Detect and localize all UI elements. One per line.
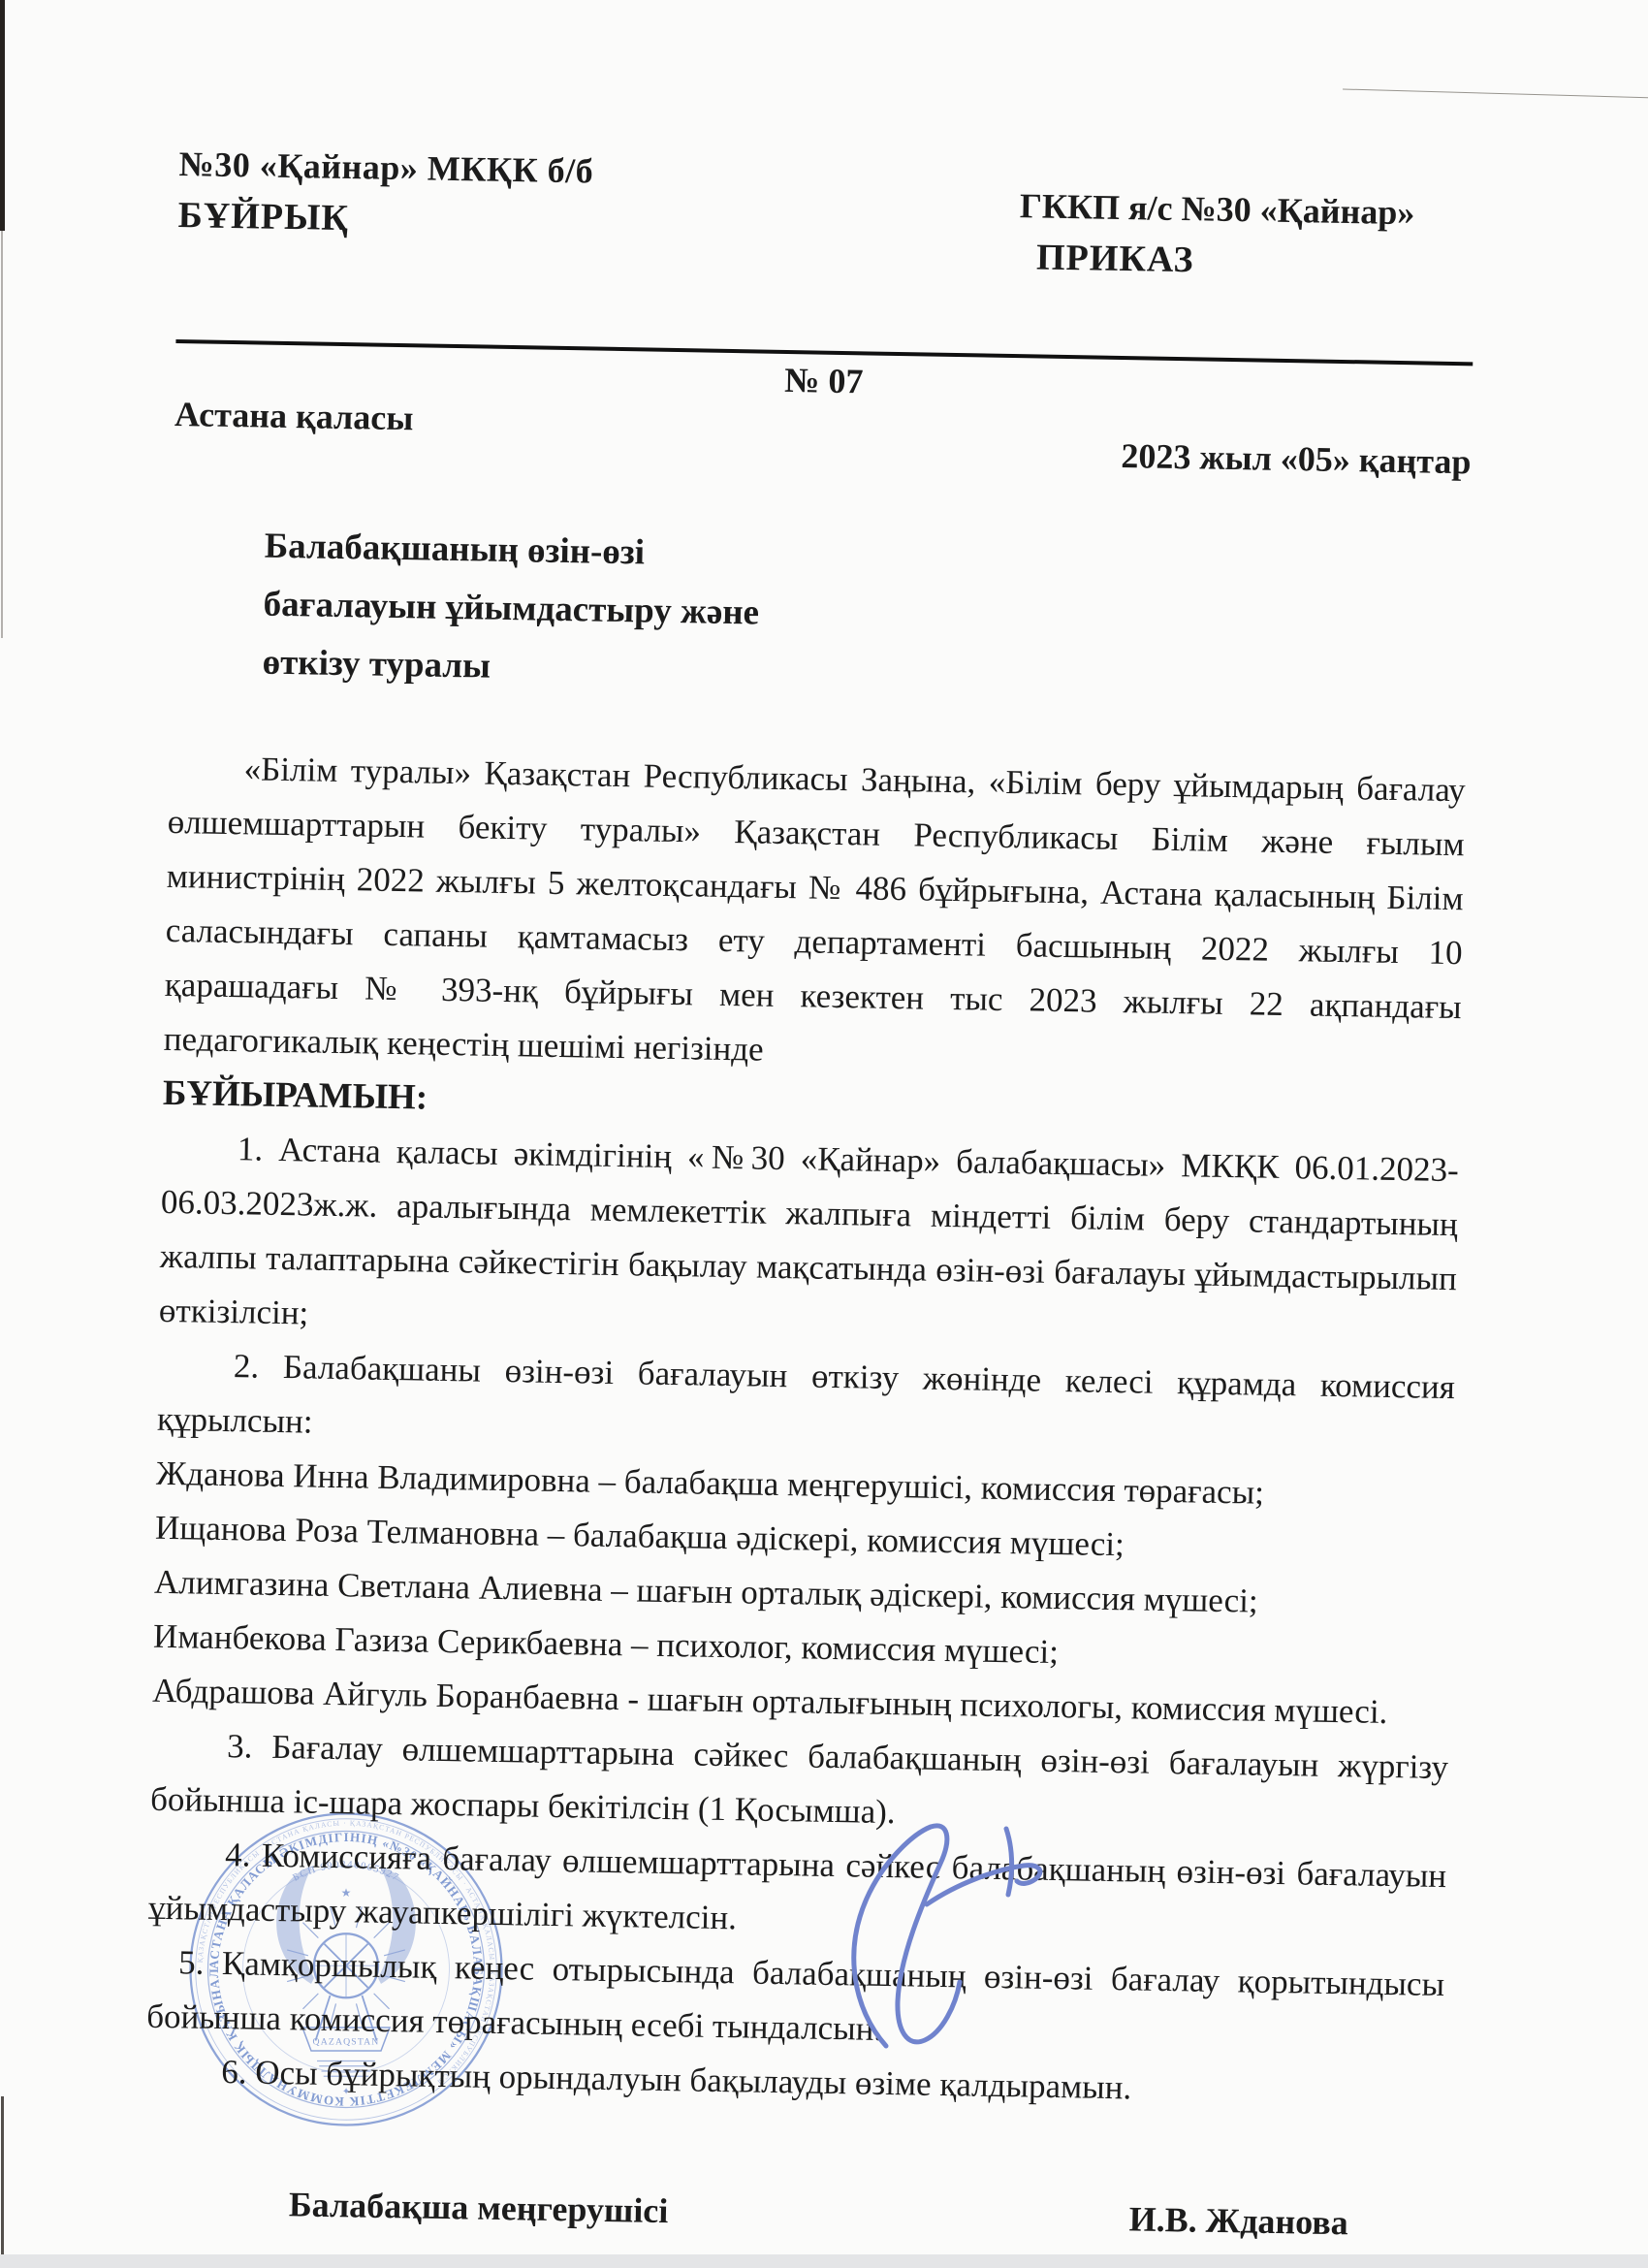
subject-line: өткізу туралы bbox=[262, 634, 883, 703]
scan-edge-artifact-left-top bbox=[0, 0, 5, 231]
letterhead-right: ГККП я/с №30 «Қайнар» ПРИКАЗ bbox=[1019, 158, 1476, 286]
signature-row: Балабақша меңгерушісі И.В. Жданова bbox=[143, 2182, 1442, 2245]
document-body: №30 «Қайнар» МКҚК б/б БҰЙРЫҚ ГККП я/с №3… bbox=[143, 144, 1476, 2245]
order-item-1: 1. Астана қаласы әкімдігінің «№30 «Қайна… bbox=[158, 1121, 1459, 1360]
doc-type-ru: ПРИКАЗ bbox=[1019, 236, 1475, 286]
city-label: Астана қаласы bbox=[174, 394, 413, 463]
scanned-order-page: { "colors":{"ink":"#1c1c1c","stamp_blue"… bbox=[0, 0, 1648, 2268]
scan-edge-artifact-bottom bbox=[0, 2254, 1648, 2268]
subject-line: бағалауын ұйымдастыру және bbox=[263, 576, 884, 645]
signature-ink bbox=[816, 1815, 1088, 2067]
letterhead: №30 «Қайнар» МКҚК б/б БҰЙРЫҚ ГККП я/с №3… bbox=[177, 144, 1476, 286]
subject-title: Балабақшаның өзін-өзі бағалауын ұйымдаст… bbox=[262, 518, 885, 703]
letterhead-left: №30 «Қайнар» МКҚК б/б БҰЙРЫҚ bbox=[177, 144, 593, 243]
org-name-ru: ГККП я/с №30 «Қайнар» bbox=[1020, 185, 1476, 234]
scan-edge-artifact-topright-line bbox=[1343, 88, 1648, 98]
doc-type-kk: БҰЙРЫҚ bbox=[177, 194, 592, 243]
subject-line: Балабақшаның өзін-өзі bbox=[264, 518, 885, 587]
preamble-paragraph: «Білім туралы» Қазақстан Республикасы За… bbox=[163, 741, 1466, 1089]
principal-name: И.В. Жданова bbox=[1128, 2198, 1348, 2243]
scan-edge-artifact-left-bottom bbox=[1, 2096, 4, 2268]
scan-edge-artifact-left-mid bbox=[1, 231, 3, 638]
date-label: 2023 жыл «05» қаңтар bbox=[1121, 435, 1472, 482]
order-text: «Білім туралы» Қазақстан Республикасы За… bbox=[145, 741, 1466, 2121]
org-name-kk: №30 «Қайнар» МКҚК б/б bbox=[178, 144, 593, 191]
signature-label: Балабақша меңгерушісі bbox=[289, 2184, 669, 2231]
